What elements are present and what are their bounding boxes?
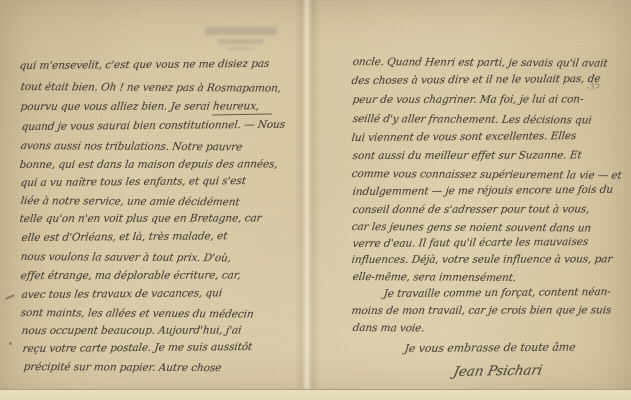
- embossed-stamp: [205, 27, 277, 50]
- letter-line: peur de vous chagriner. Ma foi, je lui a…: [352, 94, 584, 105]
- letter-scan: qui m'ensevelit, c'est que vous ne me di…: [0, 0, 631, 400]
- letter-line: précipité sur mon papier. Autre chose: [23, 362, 222, 374]
- letter-line: sont maints, les allées et venues du méd…: [20, 308, 254, 320]
- pencil-annotation: -35: [585, 80, 602, 93]
- letter-signature: Jean Psichari: [452, 364, 543, 379]
- stamp-line: [218, 39, 264, 44]
- stamp-line: [205, 27, 277, 35]
- letter-line: nous occupent beaucoup. Aujourd'hui, j'a…: [21, 325, 242, 336]
- margin-dash-mark: [5, 294, 15, 300]
- letter-line: avec tous les travaux de vacances, qui: [21, 288, 223, 300]
- letter-closing: Je vous embrasse de toute âme: [404, 342, 576, 354]
- letter-line: oncle. Quand Henri est parti, je savais …: [352, 57, 608, 69]
- letter-line: seillé d'y aller franchement. Les décisi…: [352, 114, 592, 126]
- letter-line: des choses à vous dire et il ne le voula…: [351, 74, 601, 87]
- letter-line: liée à notre service, une amie décidémen…: [20, 196, 240, 208]
- under-sheet-edge: [0, 389, 631, 400]
- letter-line: elle est d'Orléans, et là, très malade, …: [21, 231, 228, 243]
- letter-line: indulgemment — je me réjouis encore une …: [352, 185, 614, 198]
- page-fold-crease: [294, 0, 320, 389]
- letter-line: nous voulons la sauver à tout prix. D'où…: [20, 252, 232, 264]
- letter-line: qui a vu naître tous les enfants, et qui…: [20, 176, 246, 188]
- letter-line: conseil donné de s'adresser pour tout à …: [352, 204, 590, 215]
- letter-line: dans ma voie.: [352, 323, 425, 334]
- letter-line: tout était bien. Oh ! ne venez pas à Ros…: [20, 82, 282, 94]
- letter-line: sont aussi du meilleur effet sur Suzanne…: [352, 150, 582, 161]
- letter-line: comme vous connaissez supérieurement la …: [351, 169, 622, 181]
- margin-dot-mark: [9, 342, 12, 345]
- letter-line: reçu votre carte postale. Je me suis aus…: [22, 342, 253, 355]
- underline-stroke: [212, 113, 272, 115]
- letter-line: lui viennent de vous sont excellentes. E…: [351, 131, 577, 143]
- letter-line: elle-même, sera immensément.: [352, 272, 517, 283]
- letter-line: effet étrange, ma déplorable écriture, c…: [20, 270, 241, 281]
- letter-line: qui m'ensevelit, c'est que vous ne me di…: [19, 59, 270, 72]
- letter-line: quand je vous saurai bien constitutionne…: [21, 120, 286, 133]
- letter-line: verre d'eau. Il faut qu'il écarte les ma…: [352, 237, 589, 250]
- letter-line: Je travaille comme un forçat, content né…: [383, 287, 611, 299]
- letter-line: bonne, qui est dans la maison depuis des…: [19, 159, 278, 170]
- letter-line: pourvu que vous alliez bien. Je serai he…: [20, 101, 260, 112]
- stamp-line: [227, 47, 255, 50]
- letter-line: avons aussi nos tribulations. Notre pauv…: [20, 141, 243, 153]
- letter-line: car les jeunes gens se noient souvent da…: [351, 222, 592, 234]
- letter-line: influences. Déjà, votre seule influence …: [351, 254, 613, 265]
- letter-line: telle qu'on n'en voit plus que en Bretag…: [19, 213, 262, 224]
- letter-line: moins de mon travail, car je crois bien …: [351, 305, 612, 316]
